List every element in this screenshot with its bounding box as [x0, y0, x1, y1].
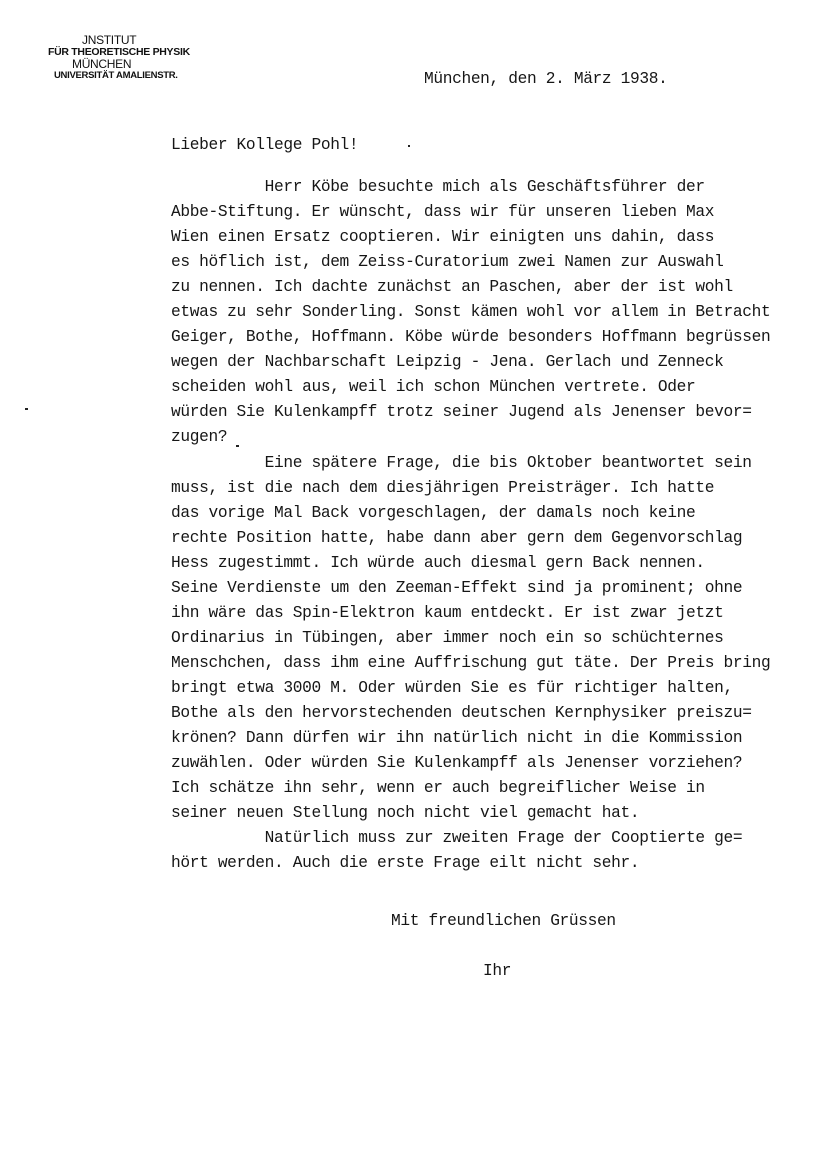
body-line: zuwählen. Oder würden Sie Kulenkampff al…	[171, 754, 742, 772]
salutation: Lieber Kollege Pohl!	[171, 136, 358, 154]
institute-letterhead-stamp: JNSTITUT FÜR THEORETISCHE PHYSIK MÜNCHEN…	[40, 34, 200, 82]
body-line: Bothe als den hervorstechenden deutschen…	[171, 704, 752, 722]
scan-speck	[25, 408, 28, 410]
letterhead-line: MÜNCHEN	[40, 58, 200, 70]
body-line: ihn wäre das Spin-Elektron kaum entdeckt…	[171, 604, 723, 622]
body-line: rechte Position hatte, habe dann aber ge…	[171, 529, 742, 547]
body-line: Herr Köbe besuchte mich als Geschäftsfüh…	[171, 178, 705, 196]
body-line: Natürlich muss zur zweiten Frage der Coo…	[171, 829, 742, 847]
body-line: Ordinarius in Tübingen, aber immer noch …	[171, 629, 723, 647]
scan-speck	[408, 145, 410, 147]
body-line: Eine spätere Frage, die bis Oktober bean…	[171, 454, 752, 472]
body-line: muss, ist die nach dem diesjährigen Prei…	[171, 479, 714, 497]
scan-speck	[236, 445, 239, 447]
body-line: scheiden wohl aus, weil ich schon Münche…	[171, 378, 695, 396]
body-line: Geiger, Bothe, Hoffmann. Köbe würde beso…	[171, 328, 770, 346]
body-line: seiner neuen Stellung noch nicht viel ge…	[171, 804, 639, 822]
body-line: es höflich ist, dem Zeiss-Curatorium zwe…	[171, 253, 723, 271]
letter-date: München, den 2. März 1938.	[424, 70, 667, 88]
body-line: hört werden. Auch die erste Frage eilt n…	[171, 854, 639, 872]
body-line: Menschchen, dass ihm eine Auffrischung g…	[171, 654, 770, 672]
closing-greeting: Mit freundlichen Grüssen	[391, 912, 616, 930]
letterhead-line: UNIVERSITÄT AMALIENSTR.	[40, 70, 200, 82]
body-line: krönen? Dann dürfen wir ihn natürlich ni…	[171, 729, 742, 747]
body-line: das vorige Mal Back vorgeschlagen, der d…	[171, 504, 695, 522]
body-line: Wien einen Ersatz cooptieren. Wir einigt…	[171, 228, 714, 246]
signoff: Ihr	[483, 962, 511, 980]
body-line: Abbe-Stiftung. Er wünscht, dass wir für …	[171, 203, 714, 221]
body-line: wegen der Nachbarschaft Leipzig - Jena. …	[171, 353, 723, 371]
body-line: etwas zu sehr Sonderling. Sonst kämen wo…	[171, 303, 770, 321]
body-line: bringt etwa 3000 M. Oder würden Sie es f…	[171, 679, 733, 697]
body-line: Seine Verdienste um den Zeeman-Effekt si…	[171, 579, 742, 597]
letter-page: JNSTITUT FÜR THEORETISCHE PHYSIK MÜNCHEN…	[0, 0, 837, 1160]
letterhead-line: JNSTITUT	[40, 34, 200, 46]
body-line: würden Sie Kulenkampff trotz seiner Juge…	[171, 403, 752, 421]
body-line: Ich schätze ihn sehr, wenn er auch begre…	[171, 779, 705, 797]
body-line: zugen?	[171, 428, 227, 446]
body-line: Hess zugestimmt. Ich würde auch diesmal …	[171, 554, 705, 572]
body-line: zu nennen. Ich dachte zunächst an Pasche…	[171, 278, 733, 296]
